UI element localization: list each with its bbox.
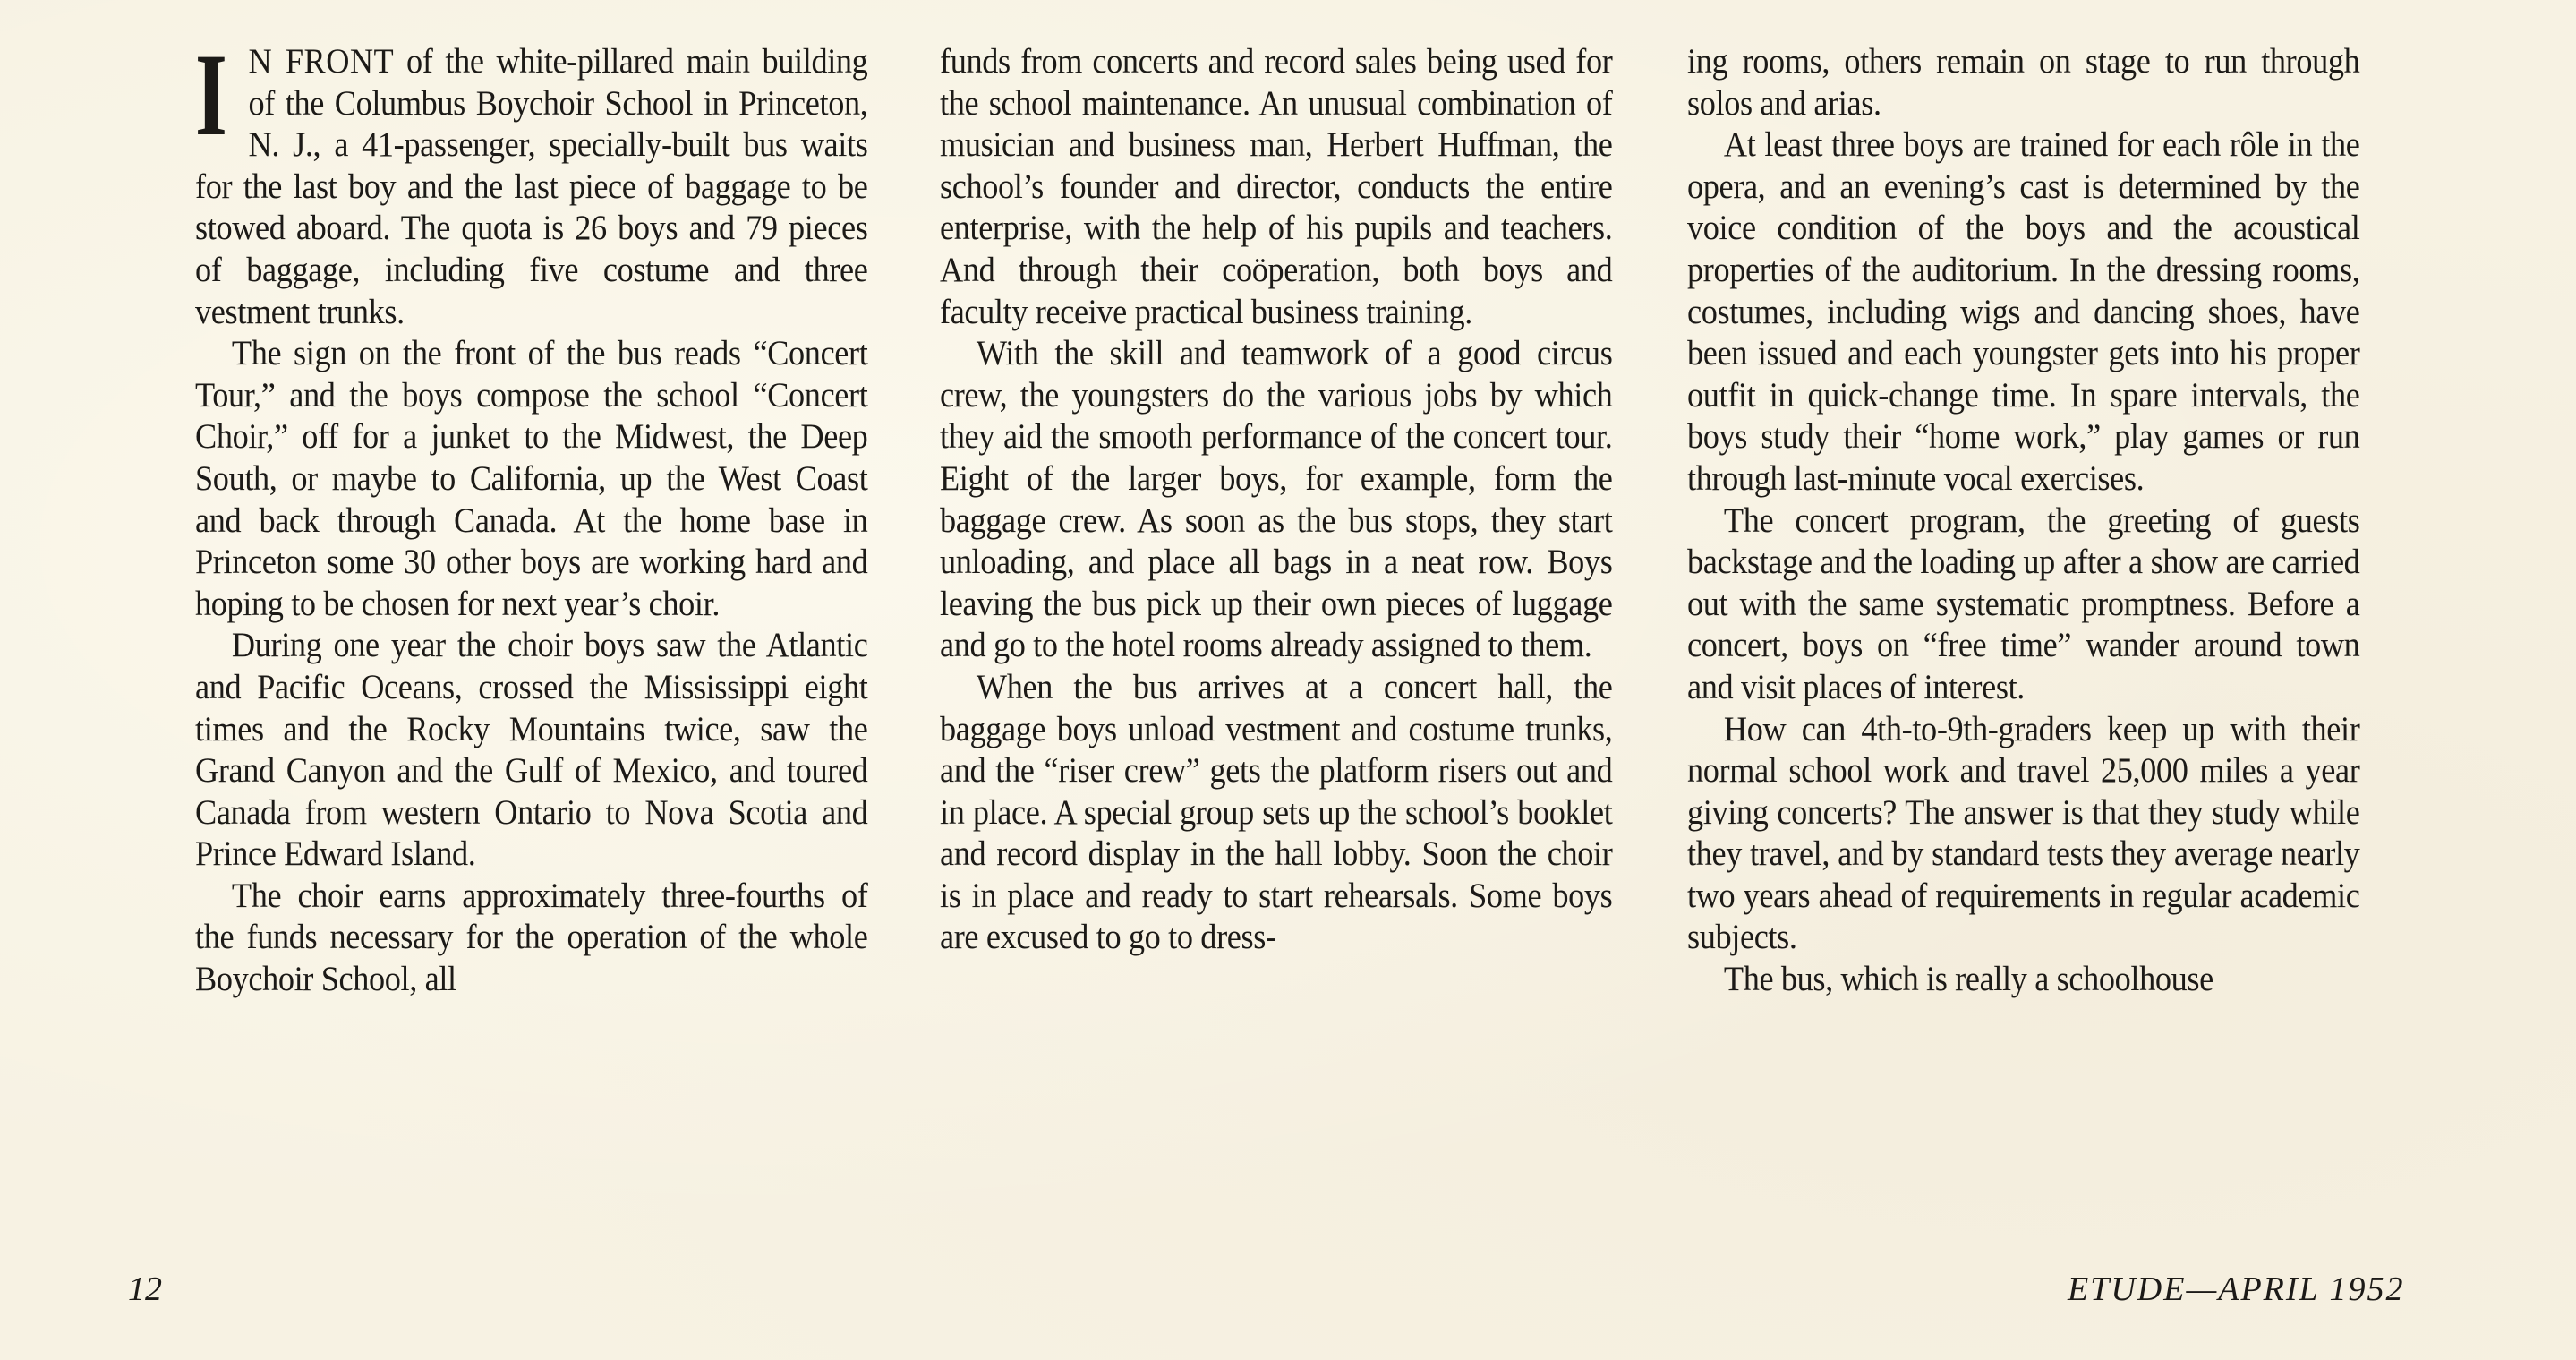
drop-cap: I	[195, 48, 227, 154]
running-footer: ETUDE—APRIL 1952	[2068, 1270, 2404, 1309]
article-paragraph: IN FRONT of the white-pillared main buil…	[195, 41, 867, 333]
article-paragraph: During one year the choir boys saw the A…	[195, 625, 867, 876]
article-paragraph: funds from concerts and record sales bei…	[940, 41, 1612, 333]
article-paragraph: How can 4th-to-9th-graders keep up with …	[1687, 709, 2359, 960]
article-paragraph: At least three boys are trained for each…	[1687, 124, 2359, 500]
article-column-2: funds from concerts and record sales bei…	[940, 41, 1612, 959]
article-paragraph: The concert program, the greeting of gue…	[1687, 500, 2359, 709]
article-column-3: ing rooms, others remain on stage to run…	[1687, 41, 2359, 1001]
article-paragraph: The sign on the front of the bus reads “…	[195, 333, 867, 625]
article-paragraph: With the skill and teamwork of a good ci…	[940, 333, 1612, 667]
article-paragraph: The bus, which is really a schoolhouse	[1687, 959, 2359, 1001]
page-number: 12	[128, 1270, 162, 1309]
lead-in-text: N FRONT	[249, 42, 395, 81]
article-paragraph: When the bus arrives at a concert hall, …	[940, 667, 1612, 959]
paragraph-text: of the white-pillared main building of t…	[195, 42, 867, 331]
magazine-page: IN FRONT of the white-pillared main buil…	[0, 0, 2576, 1360]
article-paragraph: The choir earns approximately three-four…	[195, 876, 867, 1001]
article-column-1: IN FRONT of the white-pillared main buil…	[195, 41, 867, 1001]
article-paragraph: ing rooms, others remain on stage to run…	[1687, 41, 2359, 124]
